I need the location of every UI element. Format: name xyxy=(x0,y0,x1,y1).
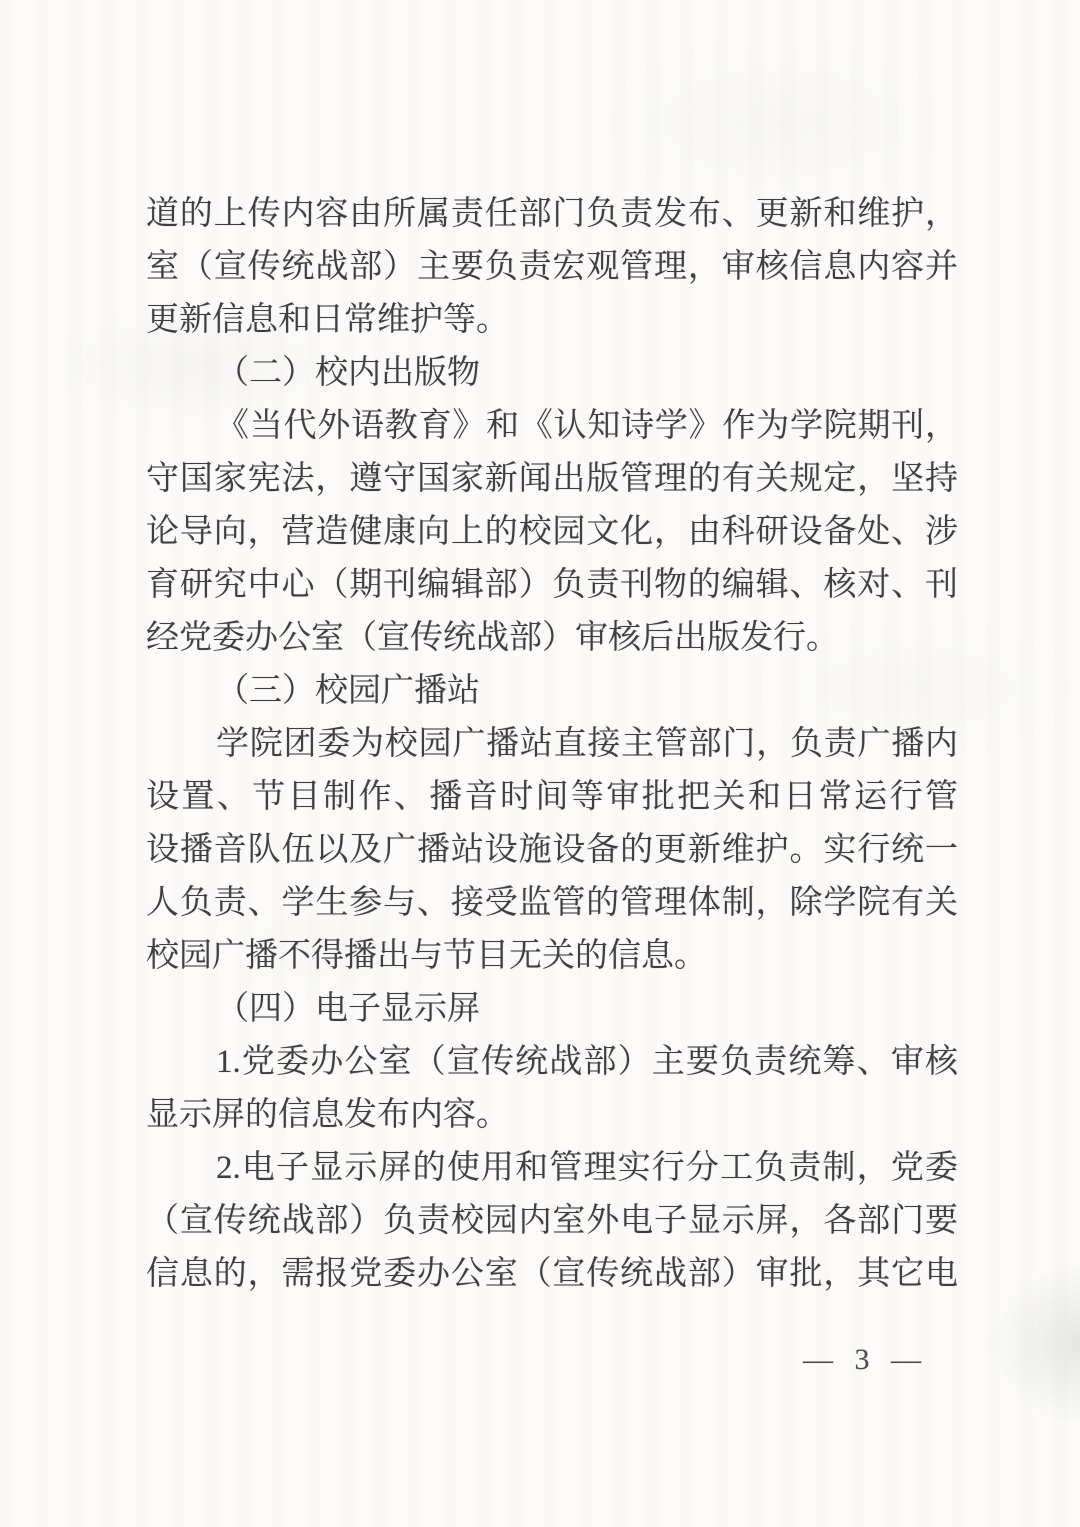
text-line: 更新信息和日常维护等。 xyxy=(146,294,958,347)
scanned-document-page: 道的上传内容由所属责任部门负责发布、更新和维护，党委办公 室（宣传统战部）主要负… xyxy=(0,0,1080,1527)
text-line: 学院团委为校园广播站直接主管部门，负责广播内容、栏目 xyxy=(146,718,958,771)
text-line: 经党委办公室（宣传统战部）审核后出版发行。 xyxy=(146,612,958,665)
text-line: 显示屏的信息发布内容。 xyxy=(146,1089,958,1142)
text-line: 2.电子显示屏的使用和管理实行分工负责制，党委办公室 xyxy=(146,1142,958,1195)
section-heading: （四）电子显示屏 xyxy=(146,983,958,1036)
text-line: 校园广播不得播出与节目无关的信息。 xyxy=(146,930,958,983)
page-footer: — 3 — xyxy=(803,1340,928,1380)
text-line: 守国家宪法，遵守国家新闻出版管理的有关规定，坚持正确的舆 xyxy=(146,453,958,506)
text-line: 人负责、学生参与、接受监管的管理体制，除学院有关通知外， xyxy=(146,877,958,930)
text-line: 育研究中心（期刊编辑部）负责刊物的编辑、核对、刊发等工作， xyxy=(146,559,958,612)
text-line: 1.党委办公室（宣传统战部）主要负责统筹、审核室外电子 xyxy=(146,1036,958,1089)
section-heading: （二）校内出版物 xyxy=(146,347,958,400)
text-line: 《当代外语教育》和《认知诗学》作为学院期刊，应严格遵 xyxy=(146,400,958,453)
text-line: 设播音队伍以及广播站设施设备的更新维护。实行统一领导、专 xyxy=(146,824,958,877)
document-body: 道的上传内容由所属责任部门负责发布、更新和维护，党委办公 室（宣传统战部）主要负… xyxy=(146,188,958,1301)
text-line: 论导向，营造健康向上的校园文化，由科研设备处、涉外职业教 xyxy=(146,506,958,559)
text-line: 室（宣传统战部）主要负责宏观管理，审核信息内容并协助发布、 xyxy=(146,241,958,294)
text-line: 道的上传内容由所属责任部门负责发布、更新和维护，党委办公 xyxy=(146,188,958,241)
text-line: （宣传统战部）负责校园内室外电子显示屏，各部门要使用发布 xyxy=(146,1195,958,1248)
scan-artifact xyxy=(950,1250,1080,1420)
section-heading: （三）校园广播站 xyxy=(146,665,958,718)
text-line: 设置、节目制作、播音时间等审批把关和日常运行管理、选拔建 xyxy=(146,771,958,824)
page-number: — 3 — xyxy=(803,1343,928,1376)
text-line: 信息的，需报党委办公室（宣传统战部）审批，其它电子显示屏 xyxy=(146,1248,958,1301)
